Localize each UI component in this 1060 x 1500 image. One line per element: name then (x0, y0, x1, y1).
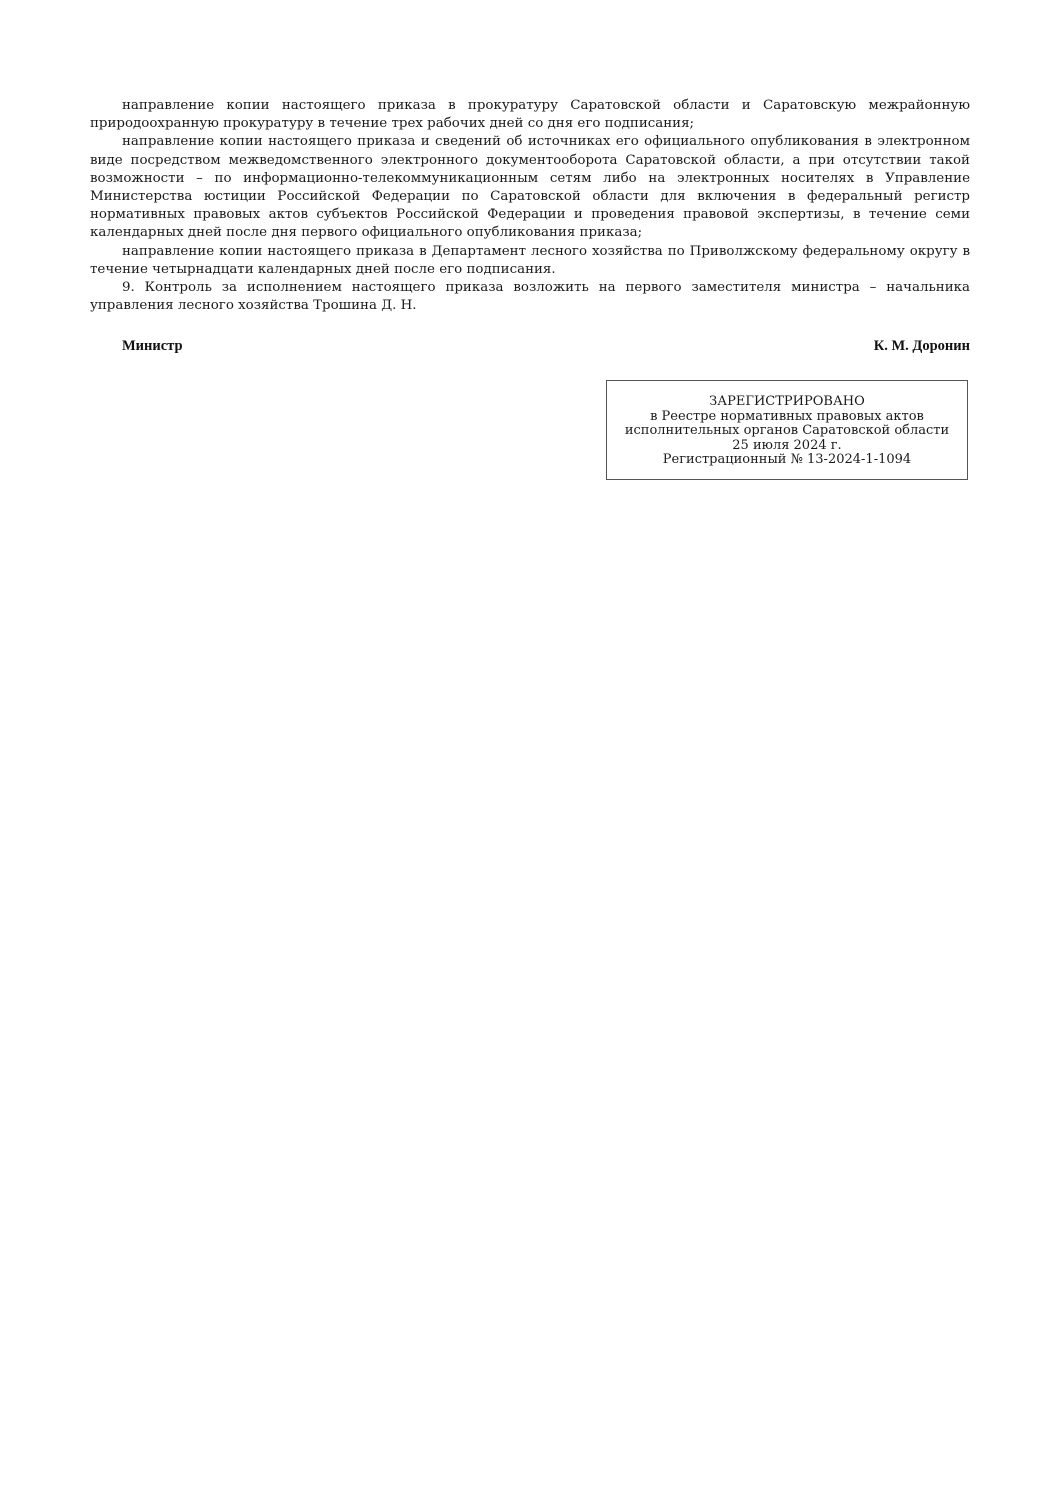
paragraph: 9. Контроль за исполнением настоящего пр… (90, 279, 970, 315)
stamp-number: Регистрационный № 13-2024-1-1094 (607, 453, 967, 468)
document-body: направление копии настоящего приказа в п… (90, 97, 970, 315)
signer-title: Министр (122, 338, 183, 355)
paragraph: направление копии настоящего приказа и с… (90, 133, 970, 242)
paragraph: направление копии настоящего приказа в Д… (90, 243, 970, 279)
stamp-line: исполнительных органов Саратовской облас… (607, 424, 967, 439)
stamp-line: в Реестре нормативных правовых актов (607, 410, 967, 425)
stamp-date: 25 июля 2024 г. (607, 439, 967, 454)
registration-stamp: ЗАРЕГИСТРИРОВАНО в Реестре нормативных п… (606, 380, 968, 480)
paragraph: направление копии настоящего приказа в п… (90, 97, 970, 133)
signature-block: Министр К. М. Доронин (122, 338, 970, 355)
signer-name: К. М. Доронин (874, 338, 970, 355)
stamp-heading: ЗАРЕГИСТРИРОВАНО (607, 395, 967, 410)
